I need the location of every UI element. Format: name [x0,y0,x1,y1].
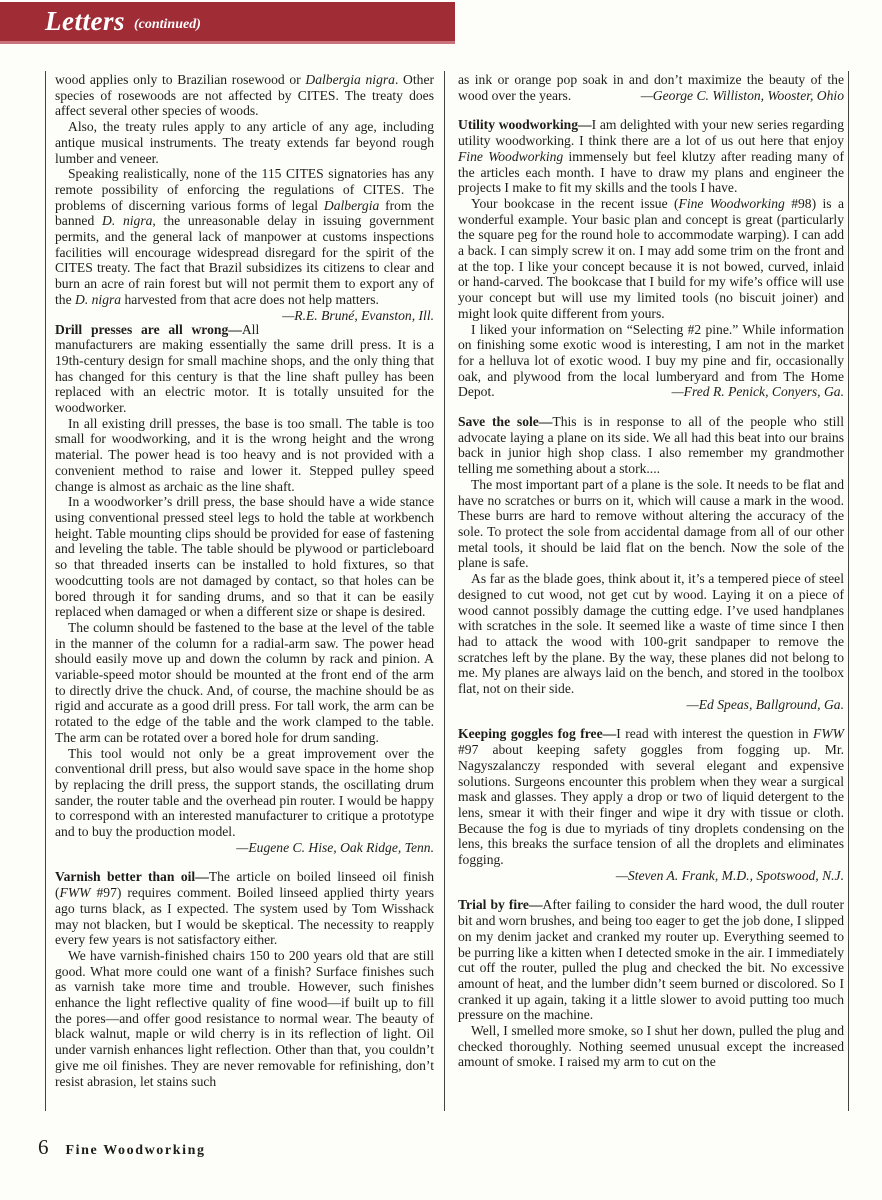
section-title: Letters [45,6,125,37]
text-run: harvested from that acre does not help m… [121,292,379,307]
text-run: Dalbergia [324,198,379,213]
text-run: The column should be fastened to the bas… [55,620,434,745]
signature-inline: —R.E. Bruné, Evanston, Ill. [259,308,434,324]
paragraph: Keeping goggles fog free—I read with int… [458,726,844,867]
text-run: D. nigra [75,292,121,307]
text-run: This tool would not only be a great impr… [55,746,434,840]
letter-title: Save the sole— [458,414,552,429]
text-run: #97) requires comment. Boiled linseed ap… [55,885,434,947]
right-column-rule [848,71,849,1111]
letter-title: Keeping goggles fog free— [458,726,616,741]
paragraph: In a woodworker’s drill press, the base … [55,494,434,620]
paragraph: Utility woodworking—I am delighted with … [458,117,844,196]
letter-title: Varnish better than oil— [55,869,209,884]
signature-inline: —George C. Williston, Wooster, Ohio [631,88,844,104]
text-run: I read with interest the question in [616,726,813,741]
signature-line: —Steven A. Frank, M.D., Spotswood, N.J. [458,868,844,884]
paragraph: Varnish better than oil—The article on b… [55,869,434,948]
paragraph: wood applies only to Brazilian rosewood … [55,72,434,119]
page-number: 6 [38,1135,49,1160]
text-run: —Ed Speas, Ballground, Ga. [687,697,844,712]
text-run: Also, the treaty rules apply to any arti… [55,119,434,165]
paragraph: Well, I smelled more smoke, so I shut he… [458,1023,844,1070]
letter-title: Utility woodworking— [458,117,592,132]
paragraph: As far as the blade goes, think about it… [458,571,844,697]
letters-content: wood applies only to Brazilian rosewood … [45,71,882,1111]
text-run: —R.E. Bruné, Evanston, Ill. [282,308,434,323]
text-run: —Fred R. Penick, Conyers, Ga. [672,384,844,399]
paragraph: The column should be fastened to the bas… [55,620,434,746]
paragraph: Trial by fire—After failing to consider … [458,897,844,1023]
signature-inline: —Fred R. Penick, Conyers, Ga. [649,384,844,400]
text-run: Fine Woodworking [458,149,563,164]
text-run: As far as the blade goes, think about it… [458,571,844,696]
text-run: —Steven A. Frank, M.D., Spotswood, N.J. [616,868,844,883]
magazine-name: Fine Woodworking [66,1143,206,1159]
text-run: D. nigra [102,213,152,228]
text-run: Your bookcase in the recent issue ( [471,196,679,211]
text-run: Well, I smelled more smoke, so I shut he… [458,1023,844,1069]
signature-line: —Eugene C. Hise, Oak Ridge, Tenn. [55,840,434,856]
page-footer: 6 Fine Woodworking [38,1135,882,1160]
paragraph: Your bookcase in the recent issue (Fine … [458,196,844,322]
signature-line: —Ed Speas, Ballground, Ga. [458,697,844,713]
paragraph: as ink or orange pop soak in and don’t m… [458,72,844,103]
paragraph: Save the sole—This is in response to all… [458,414,844,477]
text-run: The most important part of a plane is th… [458,477,844,571]
letter-title: Drill presses are all wrong— [55,322,242,337]
text-run: Dalbergia nigra [305,72,395,87]
right-column: as ink or orange pop soak in and don’t m… [445,71,848,1111]
text-run: FWW [60,885,91,900]
section-subtitle: (continued) [134,17,201,33]
text-run: We have varnish-finished chairs 150 to 2… [55,948,434,1089]
paragraph: The most important part of a plane is th… [458,477,844,571]
text-run: #98) is a wonderful example. Your basic … [458,196,844,321]
text-run: FWW [813,726,844,741]
left-column: wood applies only to Brazilian rosewood … [46,71,444,1111]
text-run: In a woodworker’s drill press, the base … [55,494,434,619]
text-run: Fine Woodworking [679,196,785,211]
text-run: —Eugene C. Hise, Oak Ridge, Tenn. [236,840,434,855]
text-run: wood applies only to Brazilian rosewood … [55,72,305,87]
magazine-page: Letters (continued) wood applies only to… [0,2,882,1160]
letter-title: Trial by fire— [458,897,543,912]
section-banner: Letters (continued) [0,2,455,44]
text-run: —George C. Williston, Wooster, Ohio [641,88,844,103]
paragraph: We have varnish-finished chairs 150 to 2… [55,948,434,1089]
paragraph: Drill presses are all wrong—All manufact… [55,322,434,416]
paragraph: In all existing drill presses, the base … [55,416,434,495]
text-run: #97 about keeping safety goggles from fo… [458,742,844,867]
text-run: After failing to consider the hard wood,… [458,897,844,1022]
paragraph: This tool would not only be a great impr… [55,746,434,840]
paragraph: I liked your information on “Selecting #… [458,322,844,401]
paragraph: Speaking realistically, none of the 115 … [55,166,434,307]
paragraph: Also, the treaty rules apply to any arti… [55,119,434,166]
text-run: In all existing drill presses, the base … [55,416,434,494]
